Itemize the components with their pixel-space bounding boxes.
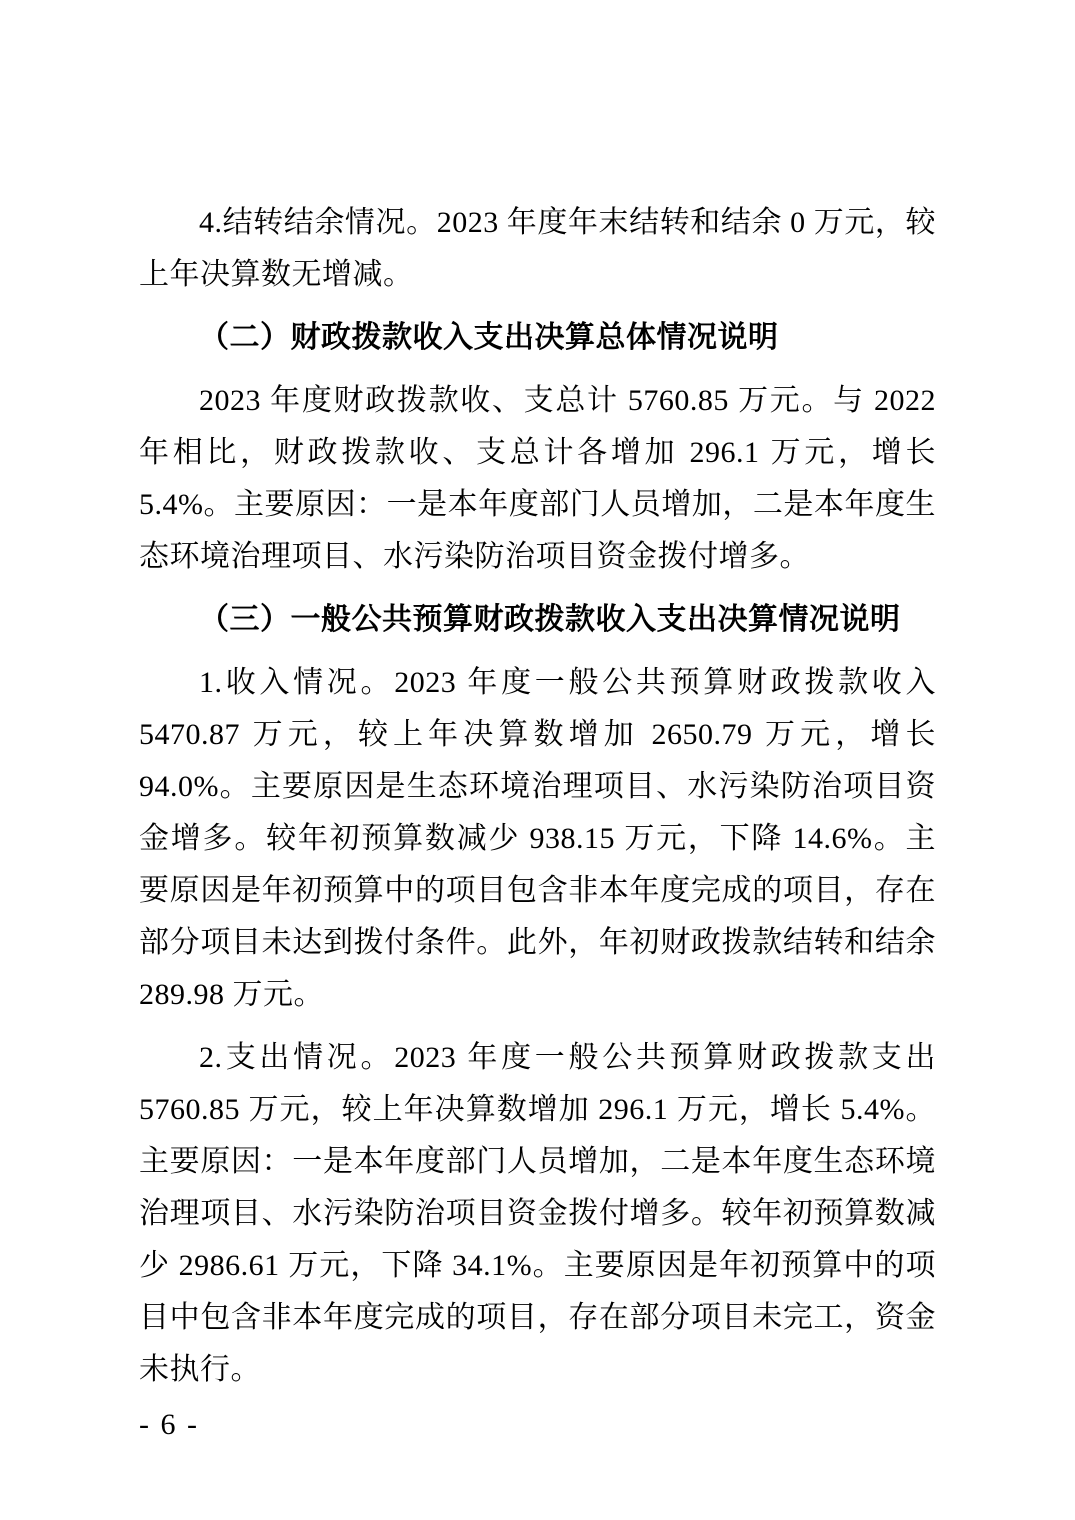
paragraph-fiscal-appropriation-total: 2023 年度财政拨款收、支总计 5760.85 万元。与 2022 年相比，财… <box>139 375 936 583</box>
paragraph-expenditure-situation: 2.支出情况。2023 年度一般公共预算财政拨款支出 5760.85 万元，较上… <box>139 1032 936 1396</box>
paragraph-carryover-balance: 4.结转结余情况。2023 年度年末结转和结余 0 万元，较上年决算数无增减。 <box>139 197 936 301</box>
paragraph-income-situation: 1.收入情况。2023 年度一般公共预算财政拨款收入 5470.87 万元，较上… <box>139 657 936 1021</box>
page-number: - 6 - <box>139 1399 199 1451</box>
document-body: 4.结转结余情况。2023 年度年末结转和结余 0 万元，较上年决算数无增减。 … <box>139 197 936 1407</box>
section-heading-2: （二）财政拨款收入支出决算总体情况说明 <box>139 312 936 364</box>
section-heading-3: （三）一般公共预算财政拨款收入支出决算情况说明 <box>139 594 936 646</box>
document-page: 4.结转结余情况。2023 年度年末结转和结余 0 万元，较上年决算数无增减。 … <box>0 0 1075 1520</box>
